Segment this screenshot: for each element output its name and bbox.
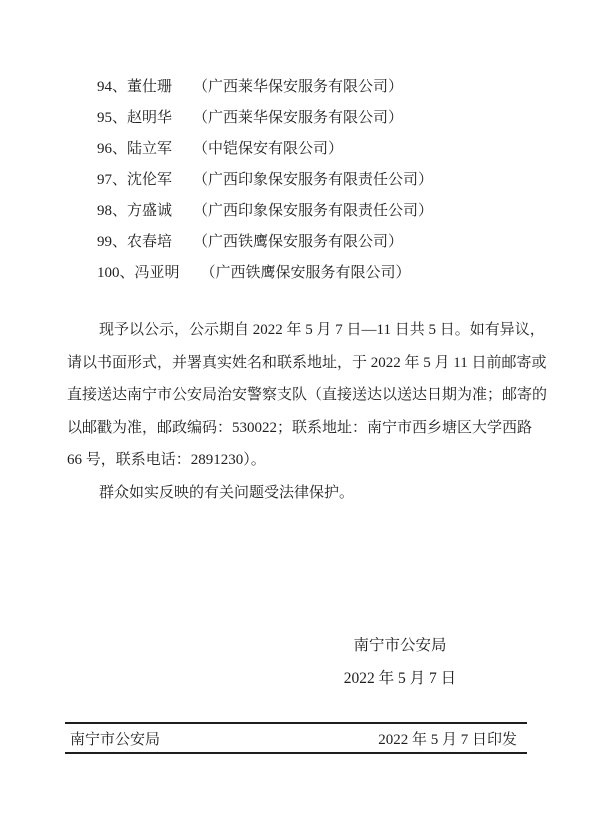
roster-number-name: 96、陆立军 [97, 137, 172, 158]
notice-line: 现予以公示，公示期自 2022 年 5 月 7 日—11 日共 5 日。如有异议… [67, 314, 533, 347]
roster-number-name: 98、方盛诚 [97, 199, 172, 220]
roster-company: （广西印象保安服务有限责任公司） [193, 199, 433, 220]
notice-line: 请以书面形式，并署真实姓名和联系地址，于 2022 年 5 月 11 日前邮寄或 [67, 347, 533, 380]
footer-colophon: 南宁市公安局 2022 年 5 月 7 日印发 [65, 724, 527, 752]
notice-line: 以邮戳为准，邮政编码：530022；联系地址：南宁市西乡塘区大学西路 [67, 412, 533, 445]
footer-bottom-rule [65, 752, 527, 754]
roster-number-name: 94、董仕珊 [97, 75, 172, 96]
notice-paragraph: 现予以公示，公示期自 2022 年 5 月 7 日—11 日共 5 日。如有异议… [67, 314, 533, 509]
footer-issuer: 南宁市公安局 [70, 728, 160, 749]
roster-company: （广西莱华保安服务有限公司） [193, 106, 403, 127]
roster-row: 97、沈伦军 （广西印象保安服务有限责任公司） [97, 163, 433, 194]
roster-company: （广西莱华保安服务有限公司） [193, 75, 403, 96]
roster-row: 94、董仕珊 （广西莱华保安服务有限公司） [97, 70, 433, 101]
document-page: 94、董仕珊 （广西莱华保安服务有限公司） 95、赵明华 （广西莱华保安服务有限… [0, 0, 590, 836]
roster-number-name: 99、农春培 [97, 230, 172, 251]
roster-company: （广西铁鹰保安服务有限公司） [193, 230, 403, 251]
notice-line: 直接送达南宁市公安局治安警察支队（直接送达以送达日期为准；邮寄的 [67, 379, 533, 412]
signature-org: 南宁市公安局 [305, 629, 495, 662]
roster-row: 96、陆立军 （中铠保安有限公司） [97, 132, 433, 163]
roster-number-name: 97、沈伦军 [97, 168, 172, 189]
roster-number-name: 95、赵明华 [97, 106, 172, 127]
roster-row: 98、方盛诚 （广西印象保安服务有限责任公司） [97, 194, 433, 225]
roster-row: 100、冯亚明 （广西铁鹰保安服务有限公司） [97, 256, 433, 287]
footer-print-date: 2022 年 5 月 7 日印发 [378, 728, 517, 749]
protection-line: 群众如实反映的有关问题受法律保护。 [67, 477, 533, 510]
notice-line: 66 号，联系电话：2891230）。 [67, 444, 533, 477]
roster-company: （中铠保安有限公司） [193, 137, 343, 158]
roster-company: （广西铁鹰保安服务有限公司） [201, 261, 411, 282]
signature-date: 2022 年 5 月 7 日 [305, 662, 495, 695]
roster-number-name: 100、冯亚明 [97, 261, 180, 282]
roster-company: （广西印象保安服务有限责任公司） [193, 168, 433, 189]
roster-row: 95、赵明华 （广西莱华保安服务有限公司） [97, 101, 433, 132]
signature-block: 南宁市公安局 2022 年 5 月 7 日 [305, 629, 495, 695]
roster-row: 99、农春培 （广西铁鹰保安服务有限公司） [97, 225, 433, 256]
roster-list: 94、董仕珊 （广西莱华保安服务有限公司） 95、赵明华 （广西莱华保安服务有限… [97, 70, 433, 287]
